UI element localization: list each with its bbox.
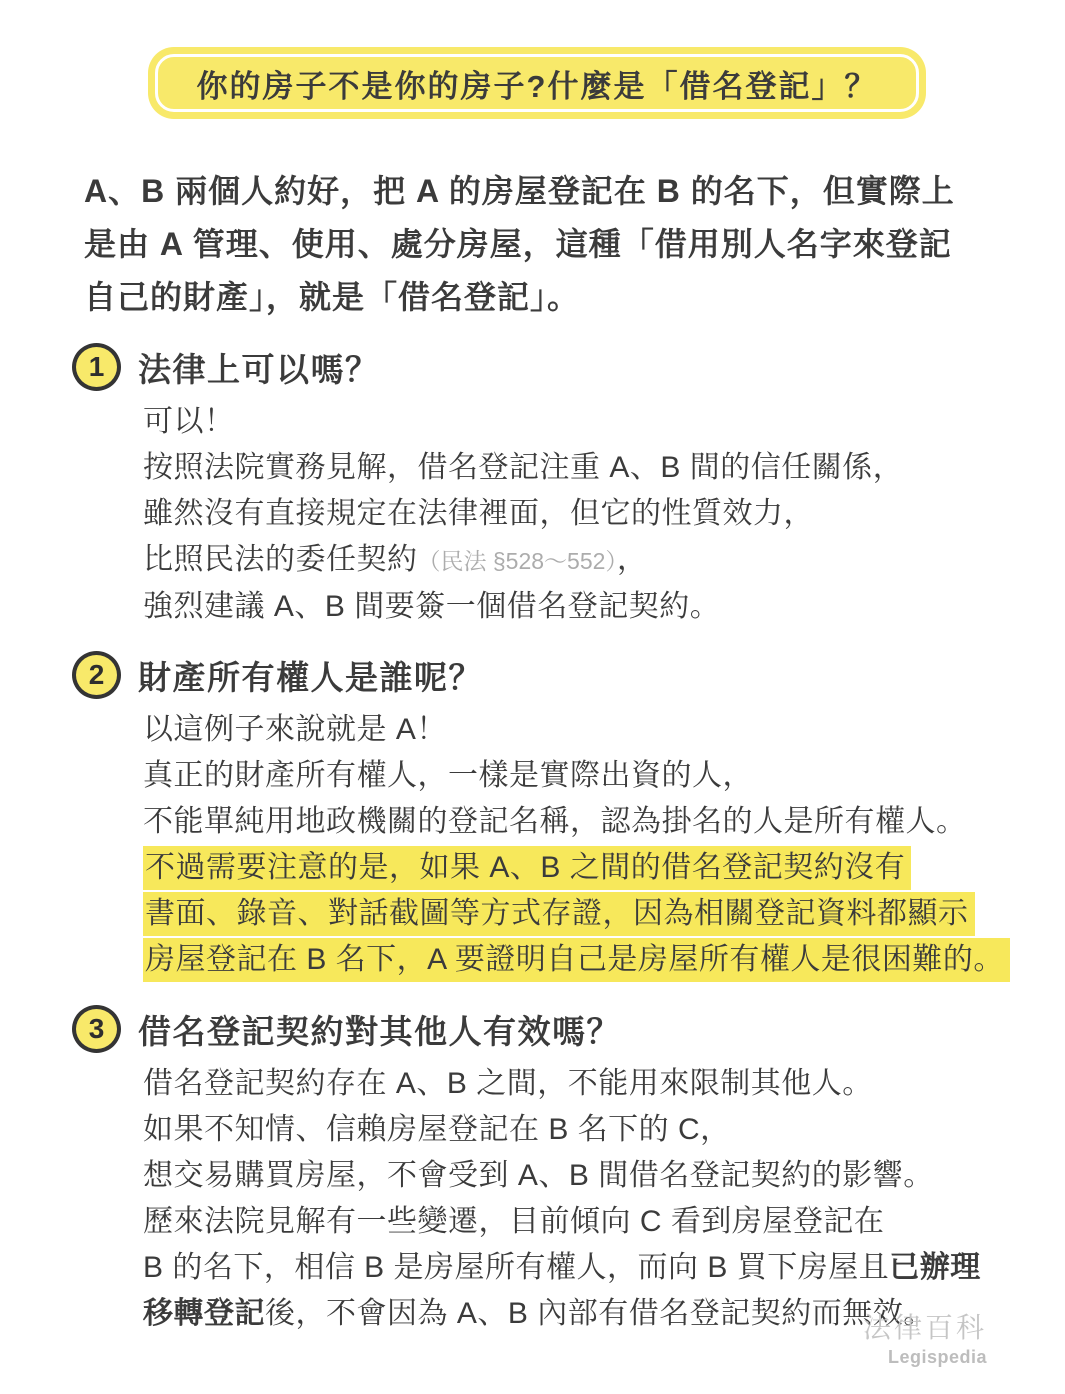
intro-line: A、B 兩個人約好，把 A 的房屋登記在 B 的名下，但實際上 <box>84 165 955 218</box>
text-line: 真正的財產所有權人，一樣是實際出資的人， <box>143 753 1035 799</box>
intro-line: 自己的財產」，就是「借名登記」。 <box>84 271 955 324</box>
page-title: 你的房子不是你的房子?什麼是「借名登記」？ <box>197 61 878 106</box>
text-segment: 雖然沒有直接規定在法律裡面，但它的性質效力， <box>143 497 814 530</box>
section-body: 借名登記契約存在 A、B 之間，不能用來限制其他人。如果不知情、信賴房屋登記在 … <box>143 1061 1035 1337</box>
section-3: 3借名登記契約對其他人有效嗎？借名登記契約存在 A、B 之間，不能用來限制其他人… <box>72 1005 1035 1337</box>
section-header: 2財產所有權人是誰呢？ <box>72 651 1035 699</box>
law-citation-note: （民法 §528～552） <box>418 548 617 574</box>
text-segment: 歷來法院見解有一些變遷，目前傾向 C 看到房屋登記在 <box>143 1205 884 1238</box>
text-segment: 移轉登記 <box>143 1297 265 1330</box>
text-segment: 房屋登記在 B 名下，A 要證明自己是房屋所有權人是很困難的。 <box>145 943 1004 976</box>
text-segment: 不過需要注意的是，如果 A、B 之間的借名登記契約沒有 <box>145 851 905 884</box>
section-heading: 借名登記契約對其他人有效嗎？ <box>138 1006 621 1053</box>
text-segment: 想交易購買房屋，不會受到 A、B 間借名登記契約的影響。 <box>143 1159 934 1192</box>
highlighted-text-line: 不過需要注意的是，如果 A、B 之間的借名登記契約沒有 <box>143 845 1035 891</box>
brand-name-en: Legispedia <box>863 1347 987 1368</box>
text-line: 歷來法院見解有一些變遷，目前傾向 C 看到房屋登記在 <box>143 1199 1035 1245</box>
text-segment: B 的名下，相信 B 是房屋所有權人，而向 B 買下房屋且 <box>143 1251 889 1284</box>
text-line: 如果不知情、信賴房屋登記在 B 名下的 C， <box>143 1107 1035 1153</box>
intro-line: 是由 A 管理、使用、處分房屋，這種「借用別人名字來登記 <box>84 218 955 271</box>
text-segment: 不能單純用地政機關的登記名稱，認為掛名的人是所有權人。 <box>143 805 967 838</box>
section-header: 3借名登記契約對其他人有效嗎？ <box>72 1005 1035 1053</box>
text-segment: 後，不會因為 A、B 內部有借名登記契約而無效。 <box>265 1297 934 1330</box>
text-segment: 如果不知情、信賴房屋登記在 B 名下的 C， <box>143 1113 731 1146</box>
text-line: 以這例子來說就是 A！ <box>143 707 1035 753</box>
text-segment: 強烈建議 A、B 間要簽一個借名登記契約。 <box>143 590 720 623</box>
text-line: 強烈建議 A、B 間要簽一個借名登記契約。 <box>143 584 1035 630</box>
section-body: 以這例子來說就是 A！真正的財產所有權人，一樣是實際出資的人，不能單純用地政機關… <box>143 707 1035 983</box>
text-segment: 書面、錄音、對話截圖等方式存證，因為相關登記資料都顯示 <box>145 897 969 930</box>
highlighted-text-line: 房屋登記在 B 名下，A 要證明自己是房屋所有權人是很困難的。 <box>143 937 1035 983</box>
intro-paragraph: A、B 兩個人約好，把 A 的房屋登記在 B 的名下，但實際上是由 A 管理、使… <box>84 165 955 324</box>
text-segment: 按照法院實務見解，借名登記注重 A、B 間的信任關係， <box>143 451 903 484</box>
text-line: 借名登記契約存在 A、B 之間，不能用來限制其他人。 <box>143 1061 1035 1107</box>
text-segment: 可以！ <box>143 405 235 438</box>
section-heading: 法律上可以嗎？ <box>138 344 380 391</box>
text-line: 可以！ <box>143 399 1035 445</box>
text-line: 雖然沒有直接規定在法律裡面，但它的性質效力， <box>143 491 1035 537</box>
text-segment: 比照民法的委任契約 <box>143 543 418 576</box>
text-line: 不能單純用地政機關的登記名稱，認為掛名的人是所有權人。 <box>143 799 1035 845</box>
text-segment: 已辦理 <box>889 1251 981 1284</box>
section-number-badge: 2 <box>72 651 121 699</box>
text-segment: 以這例子來說就是 A！ <box>143 713 447 746</box>
title-box: 你的房子不是你的房子?什麼是「借名登記」？ <box>148 47 926 119</box>
section-header: 1法律上可以嗎？ <box>72 343 1035 391</box>
section-number-badge: 3 <box>72 1005 121 1053</box>
text-line: 按照法院實務見解，借名登記注重 A、B 間的信任關係， <box>143 445 1035 491</box>
section-2: 2財產所有權人是誰呢？以這例子來說就是 A！真正的財產所有權人，一樣是實際出資的… <box>72 651 1035 983</box>
text-segment: 真正的財產所有權人，一樣是實際出資的人， <box>143 759 753 792</box>
section-heading: 財產所有權人是誰呢？ <box>138 652 483 699</box>
text-line: B 的名下，相信 B 是房屋所有權人，而向 B 買下房屋且已辦理 <box>143 1245 1035 1291</box>
text-line: 比照民法的委任契約（民法 §528～552）， <box>143 537 1035 584</box>
brand-name-zh: 法律百科 <box>863 1306 987 1346</box>
highlighted-text-line: 書面、錄音、對話截圖等方式存證，因為相關登記資料都顯示 <box>143 891 1035 937</box>
section-body: 可以！按照法院實務見解，借名登記注重 A、B 間的信任關係，雖然沒有直接規定在法… <box>143 399 1035 630</box>
section-number-badge: 1 <box>72 343 121 391</box>
text-segment: 借名登記契約存在 A、B 之間，不能用來限制其他人。 <box>143 1067 873 1100</box>
section-1: 1法律上可以嗎？可以！按照法院實務見解，借名登記注重 A、B 間的信任關係，雖然… <box>72 343 1035 630</box>
infographic-page: 你的房子不是你的房子?什麼是「借名登記」？ A、B 兩個人約好，把 A 的房屋登… <box>0 0 1065 1394</box>
footer-brand: 法律百科 Legispedia <box>863 1306 987 1368</box>
text-segment: ， <box>617 543 648 576</box>
text-line: 想交易購買房屋，不會受到 A、B 間借名登記契約的影響。 <box>143 1153 1035 1199</box>
